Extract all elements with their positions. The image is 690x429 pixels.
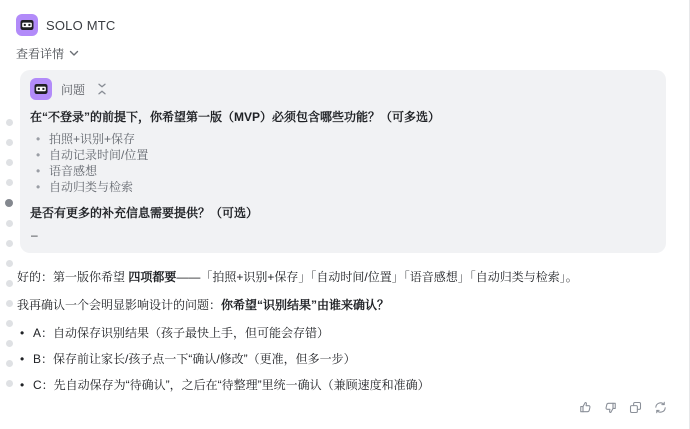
reply-line-1-bold: 四项都要	[128, 270, 176, 284]
copy-icon	[628, 400, 643, 415]
thumbs-down-icon	[603, 400, 618, 415]
chevron-down-icon	[69, 49, 79, 58]
reply-line-1-prefix: 好的：第一版你希望	[17, 270, 128, 284]
timeline-dot[interactable]	[6, 119, 13, 126]
question-options-list: 拍照+识别+保存 自动记录时间/位置 语音感想 自动归类与检索	[30, 131, 650, 195]
chat-page: SOLO MTC 查看详情 问题	[0, 0, 690, 429]
timeline-dot[interactable]	[6, 300, 13, 307]
reply-line-2: 我再确认一个会明显影响设计的问题：你希望“识别结果”由谁来确认？	[17, 297, 668, 313]
list-item-choice-a: A：自动保存识别结果（孩子最快上手，但可能会存错）	[17, 325, 668, 341]
list-item: 自动记录时间/位置	[30, 147, 650, 163]
message-actions	[577, 399, 669, 416]
view-details-toggle[interactable]: 查看详情	[16, 45, 79, 62]
reply-line-2-bold: 你希望“识别结果”由谁来确认？	[221, 298, 389, 312]
refresh-icon	[653, 400, 668, 415]
bot-name: SOLO MTC	[46, 18, 116, 33]
question-card: 问题 在“不登录”的前提下，你希望第一版（MVP）必须包含哪些功能？（可多选） …	[20, 70, 666, 253]
timeline-dot[interactable]	[6, 280, 13, 287]
timeline-dot[interactable]	[6, 159, 13, 166]
list-item: 语音感想	[30, 163, 650, 179]
bot-avatar-icon	[16, 14, 38, 36]
choice-list: A：自动保存识别结果（孩子最快上手，但可能会存错） B：保存前让家长/孩子点一下…	[17, 325, 668, 393]
list-item-choice-c: C：先自动保存为“待确认”，之后在“待整理”里统一确认（兼顾速度和准确）	[17, 377, 668, 393]
timeline-dot-active[interactable]	[5, 199, 13, 207]
bot-header: SOLO MTC	[16, 14, 668, 36]
timeline-dot[interactable]	[6, 360, 13, 367]
list-item-choice-b: B：保存前让家长/孩子点一下“确认/修改”（更准，但多一步）	[17, 351, 668, 367]
reply-line-1-suffix: ——「拍照+识别+保存」「自动时间/位置」「语音感想」「自动归类与检索」。	[176, 270, 577, 284]
question-card-label: 问题	[61, 81, 85, 98]
thumbs-up-icon	[578, 400, 593, 415]
copy-button[interactable]	[627, 399, 644, 416]
timeline-dot[interactable]	[6, 139, 13, 146]
timeline-dot[interactable]	[6, 220, 13, 227]
thumbs-down-button[interactable]	[602, 399, 619, 416]
timeline-dot[interactable]	[6, 380, 13, 387]
reply-line-1: 好的：第一版你希望 四项都要——「拍照+识别+保存」「自动时间/位置」「语音感想…	[17, 269, 668, 285]
question-subtitle: 是否有更多的补充信息需要提供？（可选）	[30, 205, 650, 221]
list-item: 自动归类与检索	[30, 179, 650, 195]
thumbs-up-button[interactable]	[577, 399, 594, 416]
bot-avatar-icon	[30, 78, 52, 100]
question-card-header: 问题	[30, 78, 650, 100]
placeholder-dash: –	[31, 227, 650, 243]
refresh-button[interactable]	[652, 399, 669, 416]
timeline-scrubber[interactable]	[4, 119, 14, 387]
collapse-icon	[96, 83, 108, 95]
timeline-dot[interactable]	[6, 179, 13, 186]
timeline-dot[interactable]	[6, 320, 13, 327]
timeline-dot[interactable]	[6, 340, 13, 347]
reply-line-2-prefix: 我再确认一个会明显影响设计的问题：	[17, 298, 221, 312]
question-title: 在“不登录”的前提下，你希望第一版（MVP）必须包含哪些功能？（可多选）	[30, 109, 650, 125]
timeline-dot[interactable]	[6, 260, 13, 267]
message-content: SOLO MTC 查看详情 问题	[16, 14, 668, 393]
timeline-dot[interactable]	[6, 240, 13, 247]
list-item: 拍照+识别+保存	[30, 131, 650, 147]
collapse-quote-button[interactable]	[94, 81, 110, 97]
view-details-label: 查看详情	[16, 45, 64, 62]
